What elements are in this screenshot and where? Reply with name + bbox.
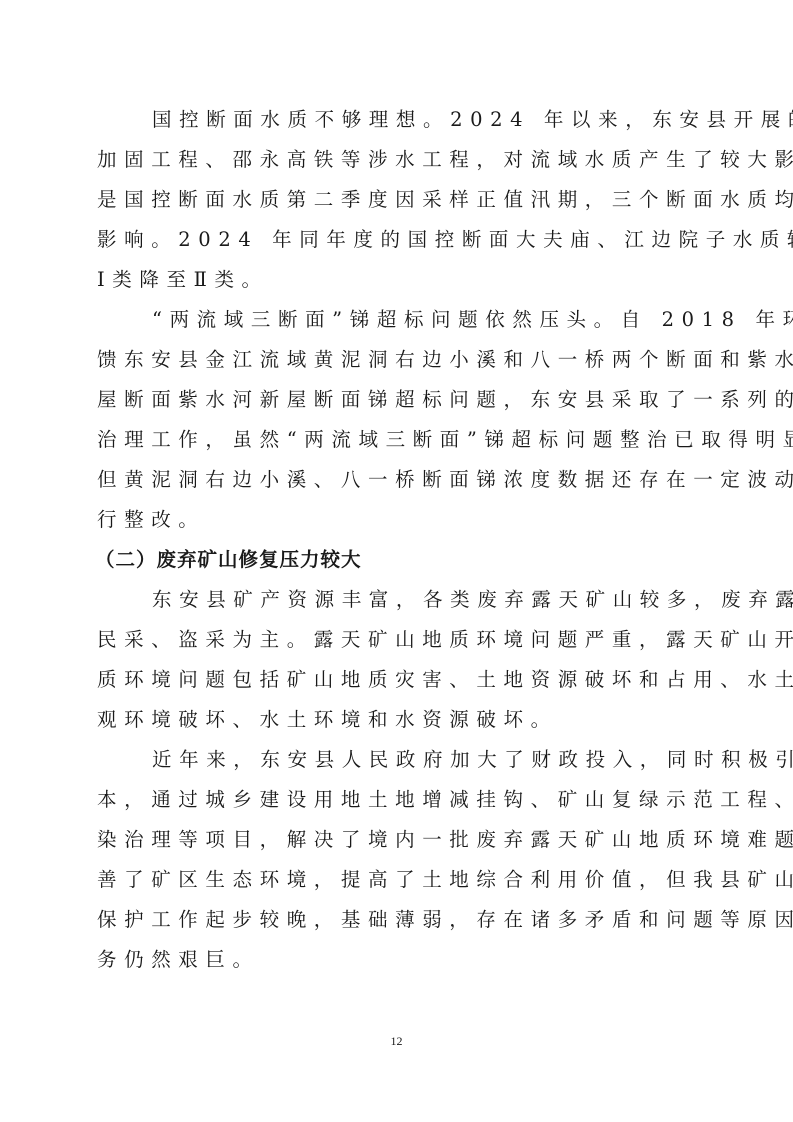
paragraph-mineral-resources: 东安县矿产资源丰富，各类废弃露天矿山较多，废弃露天矿山以 民采、盗采为主。露天矿… bbox=[97, 580, 701, 740]
text-line: 馈东安县金江流域黄泥洞右边小溪和八一桥两个断面和紫水河流域新 bbox=[97, 340, 701, 380]
section-heading: （二）废弃矿山修复压力较大 bbox=[95, 540, 701, 580]
page-number: 12 bbox=[0, 1034, 793, 1049]
page-body: 国控断面水质不够理想。2024 年以来，东安县开展的水库除险 加固工程、邵永高铁… bbox=[97, 100, 701, 980]
text-line: 近年来，东安县人民政府加大了财政投入，同时积极引入社会资 bbox=[97, 740, 701, 780]
text-line: “两流域三断面”锑超标问题依然压头。自 2018 年环保督察反 bbox=[97, 300, 701, 340]
text-line: 观环境破坏、水土环境和水资源破坏。 bbox=[97, 700, 701, 740]
text-line: 是国控断面水质第二季度因采样正值汛期，三个断面水质均受到很大 bbox=[97, 180, 701, 220]
text-line: 但黄泥洞右边小溪、八一桥断面锑浓度数据还存在一定波动，还需进 bbox=[97, 460, 701, 500]
text-line: 民采、盗采为主。露天矿山地质环境问题严重，露天矿山开采存在地 bbox=[97, 620, 701, 660]
text-line: 务仍然艰巨。 bbox=[97, 940, 701, 980]
text-line: 加固工程、邵永高铁等涉水工程，对流域水质产生了较大影响，特别 bbox=[97, 140, 701, 180]
text-line: 质环境问题包括矿山地质灾害、土地资源破坏和占用、水土流失、景 bbox=[97, 660, 701, 700]
text-line: 治理工作，虽然“两流域三断面”锑超标问题整治已取得明显成效， bbox=[97, 420, 701, 460]
text-line: Ⅰ类降至Ⅱ类。 bbox=[97, 260, 701, 300]
text-line: 国控断面水质不够理想。2024 年以来，东安县开展的水库除险 bbox=[97, 100, 701, 140]
text-line: 本，通过城乡建设用地土地增减挂钩、矿山复绿示范工程、重金属污 bbox=[97, 780, 701, 820]
text-line: 善了矿区生态环境，提高了土地综合利用价值，但我县矿山地质环境 bbox=[97, 860, 701, 900]
text-line: 东安县矿产资源丰富，各类废弃露天矿山较多，废弃露天矿山以 bbox=[97, 580, 701, 620]
text-line: 影响。2024 年同年度的国控断面大夫庙、江边院子水质较上年度从 bbox=[97, 220, 701, 260]
text-line: 屋断面紫水河新屋断面锑超标问题，东安县采取了一系列的流域综合 bbox=[97, 380, 701, 420]
paragraph-government-efforts: 近年来，东安县人民政府加大了财政投入，同时积极引入社会资 本，通过城乡建设用地土… bbox=[97, 740, 701, 980]
text-line: 行整改。 bbox=[97, 500, 701, 540]
paragraph-water-quality: 国控断面水质不够理想。2024 年以来，东安县开展的水库除险 加固工程、邵永高铁… bbox=[97, 100, 701, 300]
text-line: 保护工作起步较晚，基础薄弱，存在诸多矛盾和问题等原因，治理任 bbox=[97, 900, 701, 940]
text-line: 染治理等项目，解决了境内一批废弃露天矿山地质环境难题，有效改 bbox=[97, 820, 701, 860]
document-page: 国控断面水质不够理想。2024 年以来，东安县开展的水库除险 加固工程、邵永高铁… bbox=[0, 0, 793, 1122]
paragraph-antimony-issue: “两流域三断面”锑超标问题依然压头。自 2018 年环保督察反 馈东安县金江流域… bbox=[97, 300, 701, 540]
